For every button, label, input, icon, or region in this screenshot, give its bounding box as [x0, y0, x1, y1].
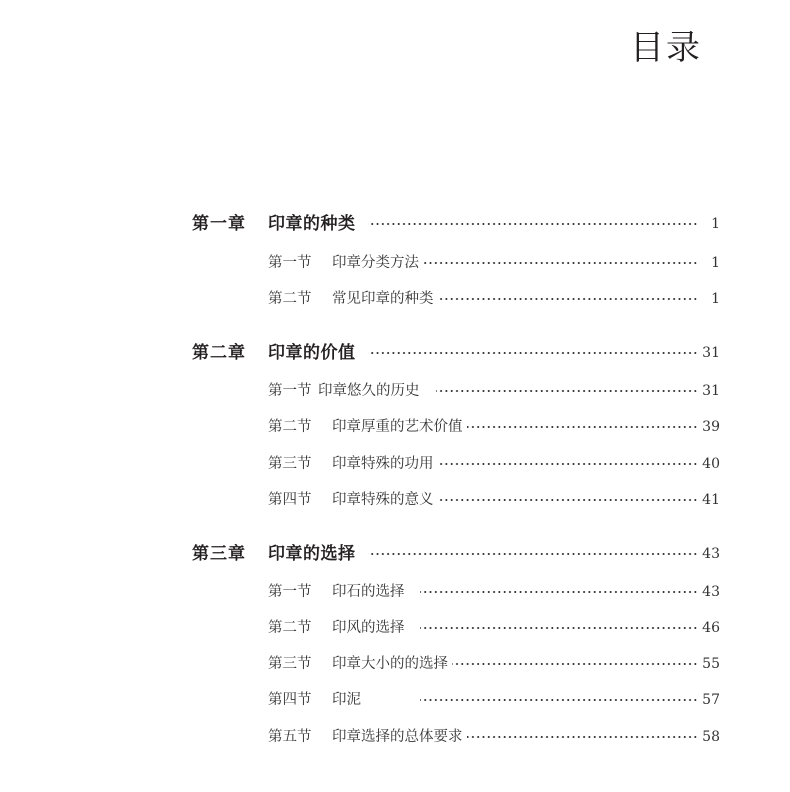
section-title: 印章厚重的艺术价值 — [332, 415, 467, 439]
toc-section-1-2[interactable]: 第二节 常见印章的种类 1 — [0, 287, 790, 311]
section-label: 第三节 — [268, 652, 312, 676]
leader-dots — [420, 298, 698, 300]
section-label: 第五节 — [268, 725, 312, 749]
toc-chapter-3[interactable]: 第三章 印章的选择 43 — [0, 542, 790, 566]
leader-dots — [420, 699, 698, 701]
toc-chapter-1[interactable]: 第一章 印章的种类 1 — [0, 212, 790, 236]
section-label: 第一节 — [268, 251, 312, 275]
section-label: 第二节 — [268, 287, 312, 311]
toc-section-1-1[interactable]: 第一节 印章分类方法 1 — [0, 251, 790, 275]
leader-dots — [420, 499, 698, 501]
section-title: 印章特殊的功用 — [332, 452, 438, 476]
toc-chapter-2[interactable]: 第二章 印章的价值 31 — [0, 341, 790, 365]
chapter-title: 印章的价值 — [268, 341, 360, 365]
page-number: 39 — [702, 415, 720, 439]
chapter-label: 第三章 — [192, 542, 246, 566]
section-title: 常见印章的种类 — [332, 287, 438, 311]
page-number: 43 — [702, 542, 720, 566]
table-of-contents: 第一章 印章的种类 1 第一节 印章分类方法 1 第二节 常见印章的种类 1 第… — [0, 0, 790, 792]
toc-section-3-5[interactable]: 第五节 印章选择的总体要求 58 — [0, 725, 790, 749]
toc-section-3-3[interactable]: 第三节 印章大小的的选择 55 — [0, 652, 790, 676]
page-number: 31 — [702, 341, 720, 365]
leader-dots — [420, 463, 698, 465]
toc-section-2-2[interactable]: 第二节 印章厚重的艺术价值 39 — [0, 415, 790, 439]
page-number: 1 — [711, 251, 720, 275]
section-label: 第二节 — [268, 415, 312, 439]
toc-section-3-2[interactable]: 第二节 印风的选择 46 — [0, 616, 790, 640]
leader-dots — [368, 553, 698, 555]
page-number: 1 — [711, 212, 720, 236]
toc-section-3-1[interactable]: 第一节 印石的选择 43 — [0, 580, 790, 604]
leader-dots — [420, 663, 698, 665]
toc-section-2-4[interactable]: 第四节 印章特殊的意义 41 — [0, 488, 790, 512]
section-title: 印章选择的总体要求 — [332, 725, 467, 749]
page-number: 43 — [702, 580, 720, 604]
section-title: 印泥 — [332, 688, 365, 712]
page-number: 55 — [702, 652, 720, 676]
chapter-title: 印章的种类 — [268, 212, 360, 236]
section-title: 印章大小的的选择 — [332, 652, 452, 676]
section-title: 印风的选择 — [332, 616, 409, 640]
section-title: 印章分类方法 — [332, 251, 423, 275]
chapter-label: 第一章 — [192, 212, 246, 236]
leader-dots — [420, 390, 698, 392]
section-label: 第三节 — [268, 452, 312, 476]
leader-dots — [368, 352, 698, 354]
chapter-label: 第二章 — [192, 341, 246, 365]
page-number: 40 — [702, 452, 720, 476]
leader-dots — [420, 627, 698, 629]
section-label: 第一节 — [268, 580, 312, 604]
section-label: 第四节 — [268, 688, 312, 712]
toc-section-2-3[interactable]: 第三节 印章特殊的功用 40 — [0, 452, 790, 476]
section-label: 第一节 — [268, 379, 312, 403]
section-label: 第二节 — [268, 616, 312, 640]
chapter-title: 印章的选择 — [268, 542, 360, 566]
section-title: 印章特殊的意义 — [332, 488, 438, 512]
page-number: 46 — [702, 616, 720, 640]
section-label: 第四节 — [268, 488, 312, 512]
leader-dots — [368, 223, 698, 225]
toc-section-3-4[interactable]: 第四节 印泥 57 — [0, 688, 790, 712]
section-title: 印章悠久的历史 — [318, 379, 436, 403]
page-number: 41 — [702, 488, 720, 512]
leader-dots — [420, 262, 698, 264]
page-number: 31 — [702, 379, 720, 403]
page-number: 58 — [702, 725, 720, 749]
toc-section-2-1[interactable]: 第一节 印章悠久的历史 31 — [0, 379, 790, 403]
leader-dots — [420, 591, 698, 593]
section-title: 印石的选择 — [332, 580, 409, 604]
page-number: 1 — [711, 287, 720, 311]
page-number: 57 — [702, 688, 720, 712]
